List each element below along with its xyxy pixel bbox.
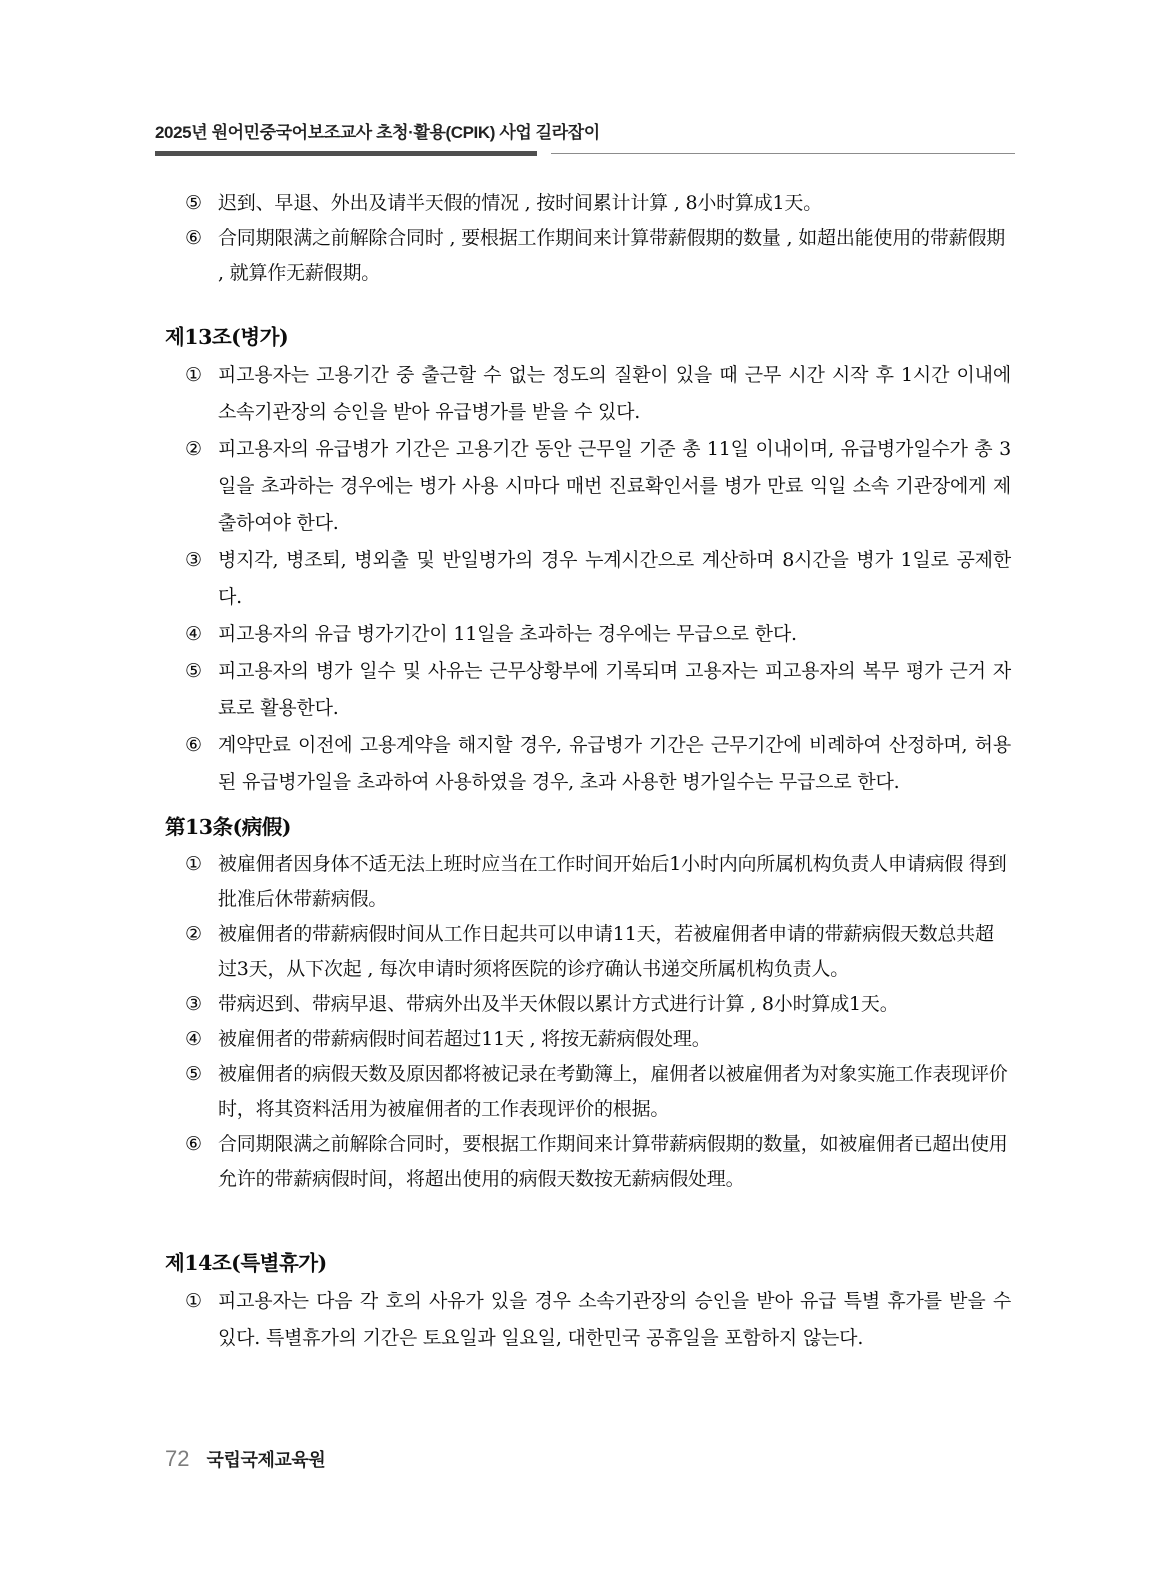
item-text: 피고용자의 병가 일수 및 사유는 근무상황부에 기록되며 고용자는 피고용자의…	[218, 653, 1011, 727]
item-number: ⑤	[185, 653, 218, 727]
item-text: 被雇佣者的带薪病假时间若超过11天 , 将按无薪病假处理。	[218, 1022, 1011, 1057]
item-text: 合同期限满之前解除合同时，要根据工作期间来计算带薪病假期的数量，如被雇佣者已超出…	[218, 1127, 1011, 1197]
header-divider	[155, 151, 1015, 156]
item-number: ①	[185, 847, 218, 917]
page-header: 2025년 원어민중국어보조교사 초청·활용(CPIK) 사업 길라잡이	[155, 118, 1015, 156]
item-number: ④	[185, 1022, 218, 1057]
list-item: ⑥合同期限满之前解除合同时，要根据工作期间来计算带薪病假期的数量，如被雇佣者已超…	[165, 1127, 1011, 1197]
section: 제14조(특별휴가)①피고용자는 다음 각 호의 사유가 있을 경우 소속기관장…	[165, 1243, 1011, 1357]
section-heading: 第13条(病假)	[165, 807, 1011, 847]
list-item: ⑤被雇佣者的病假天数及原因都将被记录在考勤簿上，雇佣者以被雇佣者为对象实施工作表…	[165, 1057, 1011, 1127]
item-text: 피고용자의 유급병가 기간은 고용기간 동안 근무일 기준 총 11일 이내이며…	[218, 431, 1011, 542]
item-text: 被雇佣者的病假天数及原因都将被记录在考勤簿上，雇佣者以被雇佣者为对象实施工作表现…	[218, 1057, 1011, 1127]
item-number: ④	[185, 616, 218, 653]
item-text: 被雇佣者的带薪病假时间从工作日起共可以申请11天，若被雇佣者申请的带薪病假天数总…	[218, 917, 1011, 987]
item-number: ①	[185, 357, 218, 431]
list-item: ③병지각, 병조퇴, 병외출 및 반일병가의 경우 누계시간으로 계산하며 8시…	[165, 542, 1011, 616]
item-number: ③	[185, 542, 218, 616]
header-rule-thin	[551, 153, 1015, 154]
footer-organization: 국립국제교육원	[206, 1446, 325, 1472]
item-number: ②	[185, 431, 218, 542]
page-footer: 72 국립국제교육원	[165, 1446, 325, 1472]
item-number: ⑤	[185, 1057, 218, 1127]
item-number: ⑤	[185, 186, 218, 221]
item-text: 合同期限满之前解除合同时 , 要根据工作期间来计算带薪假期的数量 , 如超出能使…	[218, 221, 1011, 291]
list-item: ④피고용자의 유급 병가기간이 11일을 초과하는 경우에는 무급으로 한다.	[165, 616, 1011, 653]
document-body: ⑤迟到、早退、外出及请半天假的情况 , 按时间累计计算 , 8小时算成1天。⑥合…	[165, 186, 1011, 1357]
list-item: ⑥계약만료 이전에 고용계약을 해지할 경우, 유급병가 기간은 근무기간에 비…	[165, 727, 1011, 801]
list-item: ⑤피고용자의 병가 일수 및 사유는 근무상황부에 기록되며 고용자는 피고용자…	[165, 653, 1011, 727]
list-item: ③带病迟到、带病早退、带病外出及半天休假以累计方式进行计算 , 8小时算成1天。	[165, 987, 1011, 1022]
header-title: 2025년 원어민중국어보조교사 초청·활용(CPIK) 사업 길라잡이	[155, 118, 1015, 143]
header-rule-thick	[155, 151, 537, 156]
list-item: ①피고용자는 고용기간 중 출근할 수 없는 정도의 질환이 있을 때 근무 시…	[165, 357, 1011, 431]
item-text: 피고용자의 유급 병가기간이 11일을 초과하는 경우에는 무급으로 한다.	[218, 616, 1011, 653]
list-item: ②被雇佣者的带薪病假时间从工作日起共可以申请11天，若被雇佣者申请的带薪病假天数…	[165, 917, 1011, 987]
item-number: ②	[185, 917, 218, 987]
section: 第13条(病假)①被雇佣者因身体不适无法上班时应当在工作时间开始后1小时内向所属…	[165, 807, 1011, 1197]
section-heading: 제14조(특별휴가)	[165, 1243, 1011, 1283]
section: ⑤迟到、早退、外出及请半天假的情况 , 按时间累计计算 , 8小时算成1天。⑥合…	[165, 186, 1011, 291]
list-item: ⑤迟到、早退、外出及请半天假的情况 , 按时间累计计算 , 8小时算成1天。	[165, 186, 1011, 221]
list-item: ④被雇佣者的带薪病假时间若超过11天 , 将按无薪病假处理。	[165, 1022, 1011, 1057]
section: 제13조(병가)①피고용자는 고용기간 중 출근할 수 없는 정도의 질환이 있…	[165, 317, 1011, 801]
list-item: ①被雇佣者因身体不适无法上班时应当在工作时间开始后1小时内向所属机构负责人申请病…	[165, 847, 1011, 917]
item-number: ③	[185, 987, 218, 1022]
list-item: ⑥合同期限满之前解除合同时 , 要根据工作期间来计算带薪假期的数量 , 如超出能…	[165, 221, 1011, 291]
item-number: ①	[185, 1283, 218, 1357]
item-number: ⑥	[185, 1127, 218, 1197]
list-item: ②피고용자의 유급병가 기간은 고용기간 동안 근무일 기준 총 11일 이내이…	[165, 431, 1011, 542]
item-text: 병지각, 병조퇴, 병외출 및 반일병가의 경우 누계시간으로 계산하며 8시간…	[218, 542, 1011, 616]
list-item: ①피고용자는 다음 각 호의 사유가 있을 경우 소속기관장의 승인을 받아 유…	[165, 1283, 1011, 1357]
item-text: 피고용자는 다음 각 호의 사유가 있을 경우 소속기관장의 승인을 받아 유급…	[218, 1283, 1011, 1357]
item-number: ⑥	[185, 221, 218, 291]
document-page: 2025년 원어민중국어보조교사 초청·활용(CPIK) 사업 길라잡이 ⑤迟到…	[0, 0, 1159, 1571]
item-text: 피고용자는 고용기간 중 출근할 수 없는 정도의 질환이 있을 때 근무 시간…	[218, 357, 1011, 431]
item-text: 계약만료 이전에 고용계약을 해지할 경우, 유급병가 기간은 근무기간에 비례…	[218, 727, 1011, 801]
page-number: 72	[165, 1446, 189, 1472]
item-number: ⑥	[185, 727, 218, 801]
item-text: 迟到、早退、外出及请半天假的情况 , 按时间累计计算 , 8小时算成1天。	[218, 186, 1011, 221]
item-text: 带病迟到、带病早退、带病外出及半天休假以累计方式进行计算 , 8小时算成1天。	[218, 987, 1011, 1022]
section-heading: 제13조(병가)	[165, 317, 1011, 357]
item-text: 被雇佣者因身体不适无法上班时应当在工作时间开始后1小时内向所属机构负责人申请病假…	[218, 847, 1011, 917]
